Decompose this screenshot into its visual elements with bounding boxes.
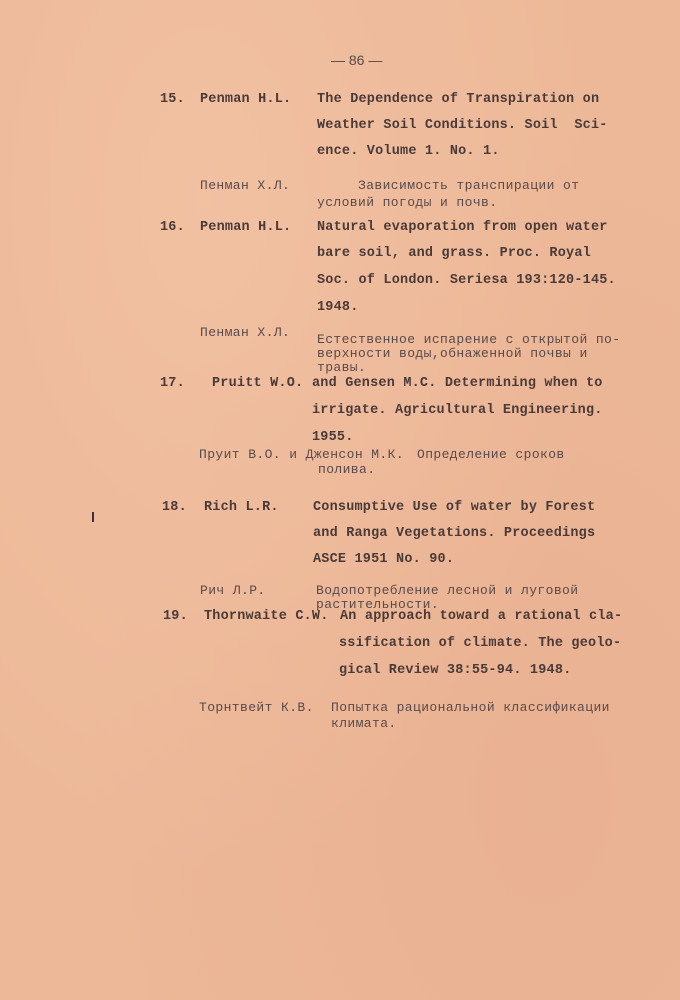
entry-text-line: Soc. of London. Seriesa 193:120-145. [317, 273, 616, 289]
entry-number: 16. [160, 220, 185, 236]
entry-text-line: 1955. [312, 430, 354, 446]
page-number: — 86 — [331, 52, 382, 68]
entry-ru-author: Пенман Х.Л. [200, 325, 290, 341]
entry-text-line: bare soil, and grass. Proc. Royal [317, 246, 591, 262]
entry-text-line: 1948. [317, 300, 359, 316]
entry-text-line: Natural evaporation from open water [317, 220, 608, 236]
entry-ru-line: Зависимость транспирации от [317, 178, 579, 194]
entry-number: 18. [162, 500, 187, 516]
entry-text-line: and Ranga Vegetations. Proceedings [313, 526, 595, 542]
entry-ru-line: Попытка рациональной классификации [331, 700, 610, 716]
entry-text-line: and Gensen M.C. Determining when to [312, 376, 603, 392]
entry-ru-author: Прyит В.О. и Дженсон М.К. [199, 447, 404, 463]
entry-text-line: ence. Volume 1. No. 1. [317, 144, 500, 160]
entry-number: 15. [160, 92, 185, 108]
entry-author: Penman H.L. [200, 220, 291, 236]
entry-ru-line: климата. [331, 716, 397, 732]
entry-text-line: An approach toward a rational cla- [340, 609, 622, 625]
entry-author: Penman H.L. [200, 92, 291, 108]
entry-ru-author: Рич Л.Р. [200, 583, 266, 599]
margin-mark [92, 512, 94, 522]
entry-ru-line: Определение сроков [417, 447, 565, 463]
entry-author: Pruitt W.O. [212, 376, 303, 392]
entry-ru-line: условий погоды и почв. [317, 195, 497, 211]
entry-ru-line: травы. [317, 360, 366, 376]
entry-text-line: ASCE 1951 No. 90. [313, 552, 454, 568]
entry-text-line: irrigate. Agricultural Engineering. [312, 403, 603, 419]
entry-ru-line: полива. [318, 462, 375, 478]
entry-ru-author: Торнтвейт К.В. [199, 700, 314, 716]
entry-number: 17. [160, 376, 185, 392]
entry-author: Rich L.R. [204, 500, 279, 516]
entry-text-line: ssification of climate. The geolo- [339, 636, 621, 652]
entry-number: 19. [163, 609, 188, 625]
entry-author: Thornwaite C.W. [204, 609, 329, 625]
entry-text-line: The Dependence of Transpiration on [317, 92, 599, 108]
entry-text-line: Weather Soil Conditions. Soil Sci- [317, 118, 608, 134]
document-page: — 86 — 15. Penman H.L. The Dependence of… [0, 0, 680, 1000]
entry-ru-author: Пенман Х.Л. [200, 178, 290, 194]
entry-text-line: Consumptive Use of water by Forest [313, 500, 595, 516]
entry-text-line: gical Review 38:55-94. 1948. [339, 663, 571, 679]
